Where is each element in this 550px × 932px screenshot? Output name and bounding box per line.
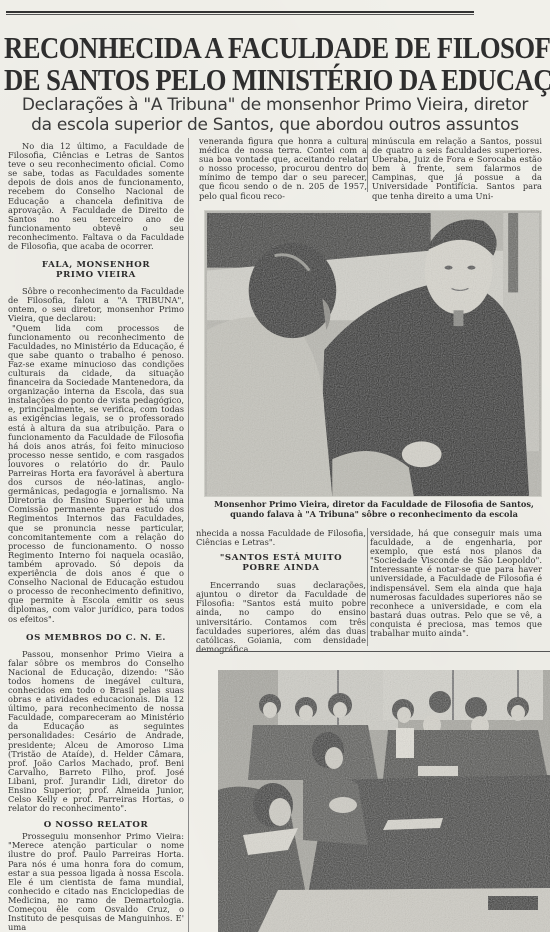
- subhead-nosso-relator: O NOSSO RELATOR: [8, 820, 184, 830]
- classroom-photo: [218, 670, 550, 932]
- column-rule: [188, 138, 189, 932]
- paragraph: veneranda figura que honra a cultura méd…: [199, 137, 367, 201]
- quote-paragraph: "Quem lida com processos de funcionament…: [8, 324, 184, 624]
- photo-caption-line-2: quando falava à "A Tribuna" sôbre o reco…: [198, 510, 550, 520]
- headline-line-2: DE SANTOS PELO MINISTÉRIO DA EDUCAÇÃO: [4, 64, 544, 95]
- subhead-membros-cne: OS MEMBROS DO C. N. E.: [8, 633, 184, 643]
- column-rule: [367, 138, 368, 192]
- photo-image: [218, 670, 550, 932]
- section-rule: [196, 651, 550, 652]
- deck-line-1: Declarações à "A Tribuna" de monsenhor P…: [0, 95, 550, 115]
- headline-line-1: RECONHECIDA A FACULDADE DE FILOSOFIA: [4, 32, 544, 63]
- photo-image: [205, 211, 541, 496]
- intro-paragraph: No dia 12 último, a Faculdade de Filosof…: [8, 142, 184, 251]
- paragraph: versidade, há que conseguir mais uma fac…: [370, 529, 542, 638]
- subhead-santos-pobre: "SANTOS ESTÁ MUITO POBRE AINDA: [196, 553, 366, 573]
- right-column-top: minúscula em relação a Santos, possui de…: [372, 137, 542, 201]
- paragraph: Encerrando suas declarações, ajuntou o d…: [196, 581, 366, 654]
- paragraph: Prosseguiu monsenhor Primo Vieira: "Mere…: [8, 832, 184, 932]
- middle-column-top: veneranda figura que honra a cultura méd…: [199, 137, 367, 201]
- left-column: No dia 12 último, a Faculdade de Filosof…: [8, 142, 184, 932]
- subhead-line: PRIMO VIEIRA: [8, 270, 184, 280]
- paragraph: minúscula em relação a Santos, possui de…: [372, 137, 542, 201]
- subhead-line: FALA, MONSENHOR: [8, 260, 184, 270]
- subhead-fala-monsenhor: FALA, MONSENHOR PRIMO VIEIRA: [8, 260, 184, 280]
- right-column-lower: versidade, há que conseguir mais uma fac…: [370, 529, 542, 638]
- subhead-line: "SANTOS ESTÁ MUITO: [196, 553, 366, 563]
- top-rule: [6, 11, 474, 15]
- interview-photo: [204, 210, 542, 497]
- middle-column-lower: nhecida a nossa Faculdade de Filosofia, …: [196, 529, 366, 654]
- paragraph: Sôbre o reconhecimento da Faculdade de F…: [8, 287, 184, 323]
- paragraph: Passou, monsenhor Primo Vieira a falar s…: [8, 650, 184, 814]
- subhead-line: POBRE AINDA: [196, 563, 366, 573]
- column-rule: [367, 528, 368, 646]
- deck-line-2: da escola superior de Santos, que abordo…: [0, 115, 550, 135]
- paragraph: nhecida a nossa Faculdade de Filosofia, …: [196, 529, 366, 547]
- newspaper-clipping: RECONHECIDA A FACULDADE DE FILOSOFIA DE …: [0, 0, 550, 932]
